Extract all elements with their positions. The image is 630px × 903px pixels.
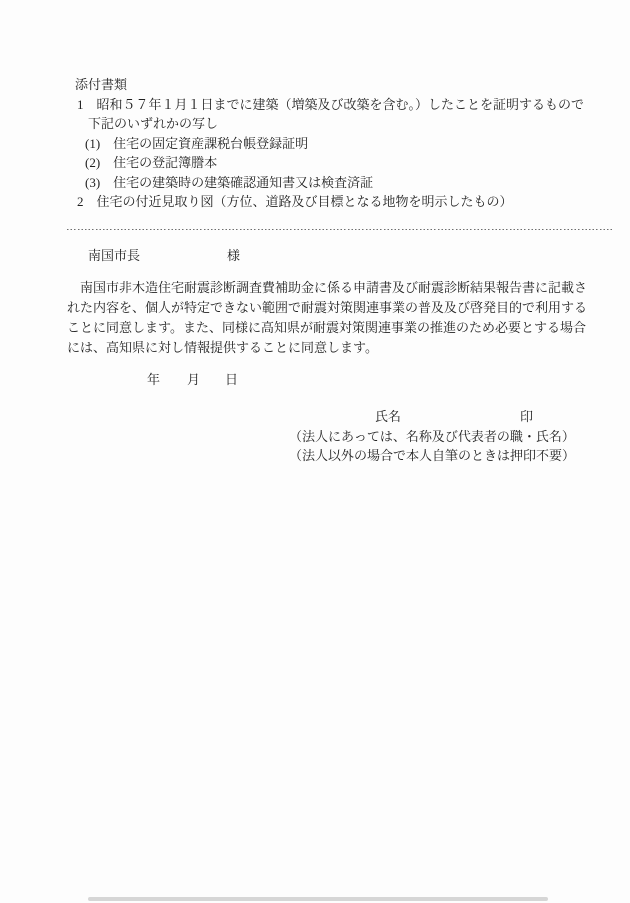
consent-paragraph: 南国市非木造住宅耐震診断調査費補助金に係る申請書及び耐震診断結果報告書に記載さ … (67, 278, 569, 358)
signature-line: 氏名 印 (0, 406, 630, 426)
signature-note-individual: （法人以外の場合で本人自筆のときは押印不要） (289, 445, 575, 464)
consent-line-2: れた内容を、個人が特定できない範囲で耐震対策関連事業の普及及び啓発目的で利用する (67, 298, 569, 318)
consent-line-1: 南国市非木造住宅耐震診断調査費補助金に係る申請書及び耐震診断結果報告書に記載さ (67, 278, 569, 298)
attachment-sub-item-3: (3) 住宅の建築時の建築確認通知書又は検査済証 (68, 173, 590, 193)
attachment-sub-item-1: (1) 住宅の固定資産課税台帳登録証明 (68, 134, 590, 154)
attachments-title: 添付書類 (68, 75, 590, 95)
consent-line-4: には、高知県に対し情報提供することに同意します。 (67, 338, 569, 358)
attachments-section: 添付書類 1 昭和５７年１月１日までに建築（増築及び改築を含む。）したことを証明… (68, 75, 590, 212)
attachment-item-1-line-2: 下記のいずれかの写し (68, 114, 590, 134)
date-line: 年 月 日 (0, 369, 630, 389)
date-year-label: 年 (147, 369, 160, 388)
signature-note-corporate: （法人にあっては、名称及び代表者の職・氏名） (289, 426, 575, 445)
date-day-label: 日 (225, 369, 238, 388)
addressee-row: 南国市長 様 (0, 245, 630, 265)
horizontal-scrollbar-thumb[interactable] (88, 897, 548, 901)
attachment-item-1-line-1: 1 昭和５７年１月１日までに建築（増築及び改築を含む。）したことを証明するもので (68, 95, 590, 115)
attachment-sub-item-2: (2) 住宅の登記簿謄本 (68, 153, 590, 173)
date-month-label: 月 (187, 369, 200, 388)
signature-seal-label: 印 (520, 406, 533, 425)
attachment-item-2: 2 住宅の付近見取り図（方位、道路及び目標となる地物を明示したもの） (68, 192, 590, 212)
addressee-honorific: 様 (227, 245, 240, 264)
signature-name-label: 氏名 (375, 406, 401, 425)
dotted-separator (67, 229, 613, 230)
consent-line-3: ことに同意します。また、同様に高知県が耐震対策関連事業の推進のため必要とする場合 (67, 318, 569, 338)
document-page: 添付書類 1 昭和５７年１月１日までに建築（増築及び改築を含む。）したことを証明… (0, 0, 630, 903)
addressee-name: 南国市長 (88, 245, 140, 264)
